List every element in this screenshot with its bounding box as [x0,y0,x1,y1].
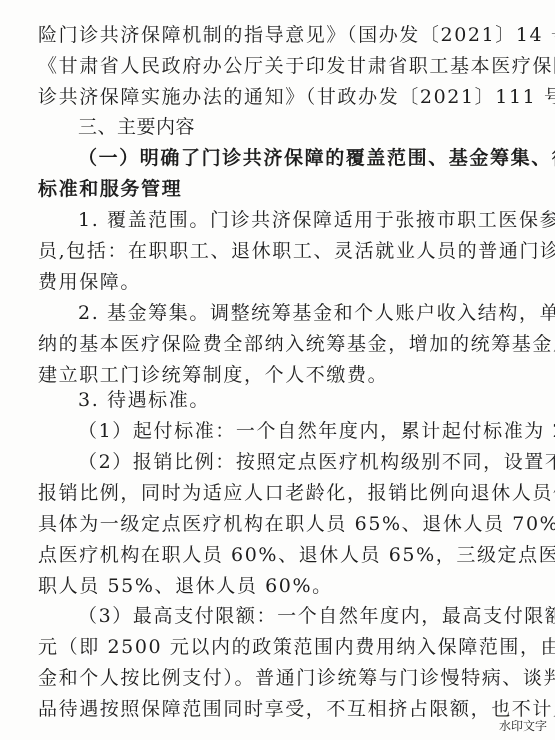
paragraph-line: 元（即 2500 元以内的政策范围内费用纳入保障范围，由统筹基 [38,635,474,659]
section-heading: 三、主要内容 [78,115,474,139]
paragraph-line: 纳的基本医疗保险费全部纳入统筹基金，增加的统筹基金用于 [38,332,474,356]
paragraph-line: 员,包括：在职职工、退休职工、灵活就业人员的普通门诊医疗 [38,239,474,263]
paragraph-line: 具体为一级定点医疗机构在职人员 65%、退休人员 70%，二级定 [38,512,474,536]
paragraph-line: 报销比例，同时为适应人口老龄化，报销比例向退休人员倾斜。 [38,481,474,505]
paragraph-line: 诊共济保障实施办法的通知》（甘政办发〔2021〕111 号）。 [38,85,474,109]
paragraph-line: 1. 覆盖范围。门诊共济保障适用于张掖市职工医保参保人 [78,208,474,232]
paragraph-line: 3. 待遇标准。 [78,388,474,412]
watermark-text: 水印文字 [499,717,547,734]
paragraph-line: 建立职工门诊统筹制度，个人不缴费。 [38,363,474,387]
paragraph-line: 职人员 55%、退休人员 60%。 [38,574,474,598]
paragraph-line: 点医疗机构在职人员 60%、退休人员 65%，三级定点医疗机构在 [38,543,474,567]
paragraph-line: 品待遇按照保障范围同时享受，不互相挤占限额，也不计入其 [38,697,474,721]
paragraph-line: （1）起付标准：一个自然年度内，累计起付标准为 200 元。 [78,419,474,443]
paragraph-line: 《甘肃省人民政府办公厅关于印发甘肃省职工基本医疗保险门 [38,54,474,78]
document-page: 险门诊共济保障机制的指导意见》（国办发〔2021〕14 号）和《甘肃省人民政府办… [0,0,555,740]
paragraph-line: 金和个人按比例支付）。普通门诊统筹与门诊慢特病、谈判药 [38,666,474,690]
paragraph-line: 2. 基金筹集。调整统筹基金和个人账户收入结构，单位缴 [78,301,474,325]
subsection-heading-line: （一）明确了门诊共济保障的覆盖范围、基金筹集、待遇 [78,146,474,170]
paragraph-line: 险门诊共济保障机制的指导意见》（国办发〔2021〕14 号）和 [38,23,474,47]
paragraph-line: 费用保障。 [38,270,474,294]
paragraph-line: （3）最高支付限额：一个自然年度内，最高支付限额 2500 [78,604,474,628]
subsection-heading-line: 标准和服务管理 [38,177,474,201]
paragraph-line: （2）报销比例：按照定点医疗机构级别不同，设置不同的 [78,450,474,474]
